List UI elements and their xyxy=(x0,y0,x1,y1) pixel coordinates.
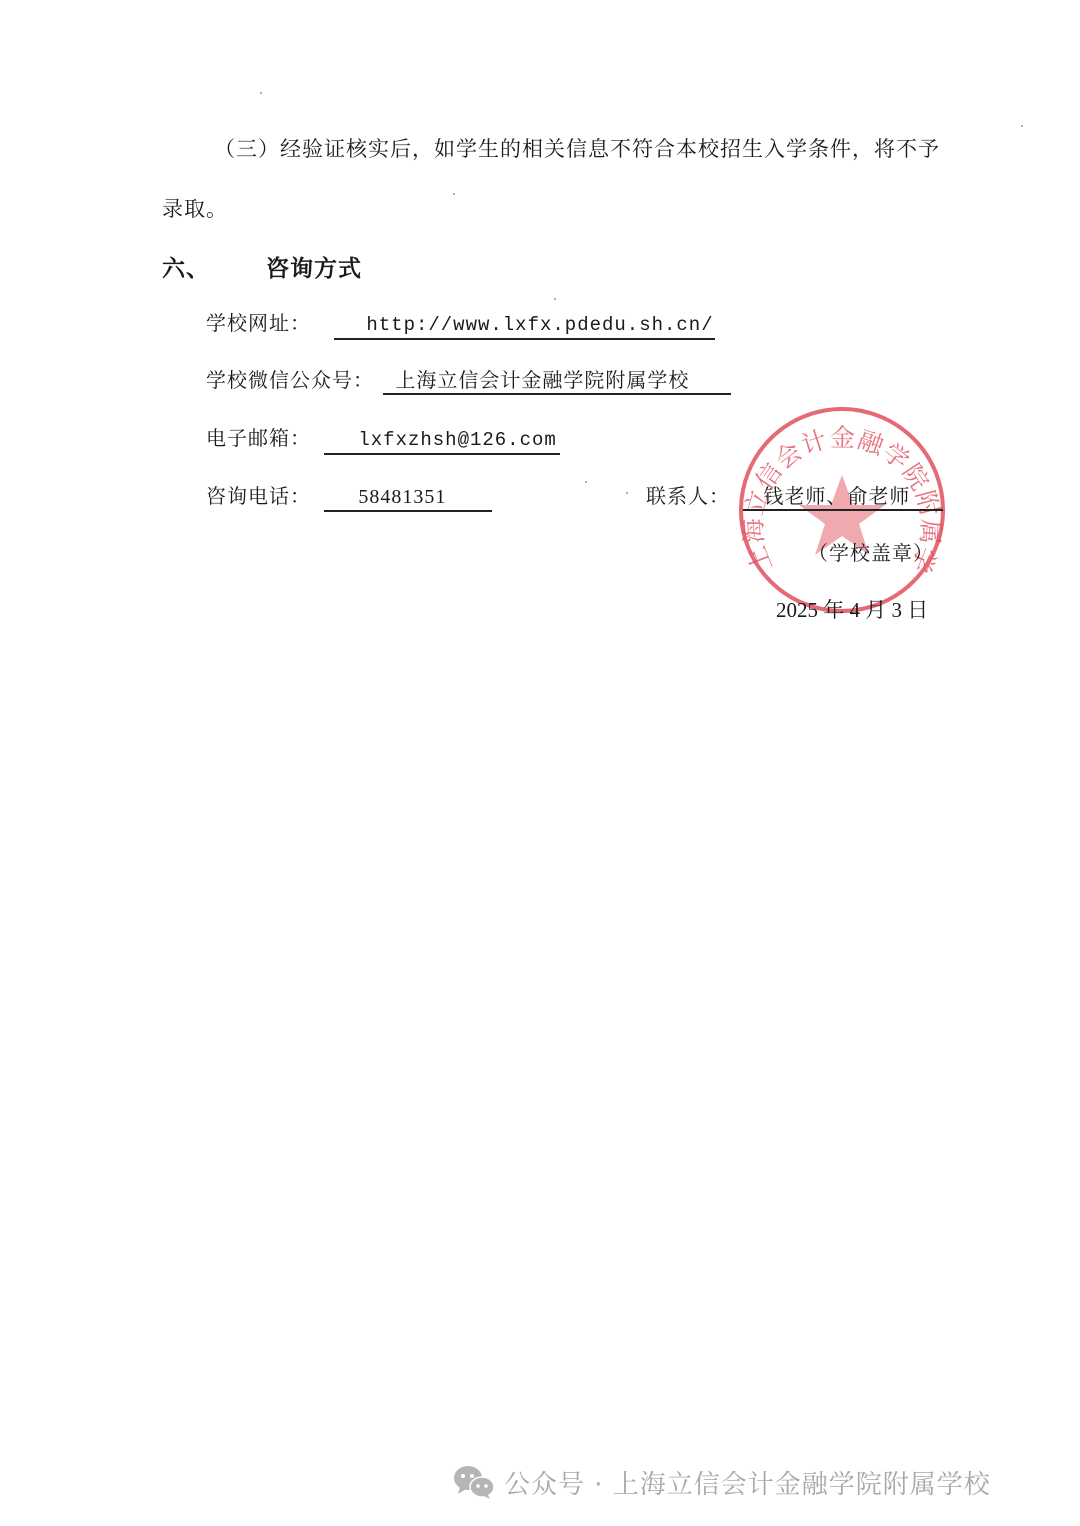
section-heading: 六、 咨询方式 xyxy=(162,250,362,283)
website-row: 学校网址： http://www.lxfx.pdedu.sh.cn/ xyxy=(206,307,715,340)
section-number: 六、 xyxy=(162,256,210,282)
contact-person-names: 钱老师、俞老师 xyxy=(743,483,943,511)
scan-speck xyxy=(1021,125,1023,127)
watermark-text: 公众号 · 上海立信会计金融学院附属学校 xyxy=(504,1464,991,1501)
clause-3-line2: 录取。 xyxy=(162,193,228,223)
section-title: 咨询方式 xyxy=(266,256,362,282)
phone-row: 咨询电话： 58481351 xyxy=(206,480,492,512)
scan-speck xyxy=(260,92,262,94)
email-label: 电子邮箱： xyxy=(206,426,311,450)
wechat-row: 学校微信公众号： 上海立信会计金融学院附属学校 xyxy=(206,364,731,395)
wechat-label: 学校微信公众号： xyxy=(206,368,374,392)
email-row: 电子邮箱： lxfxzhsh@126.com xyxy=(206,422,560,455)
scan-speck xyxy=(453,193,455,195)
phone-label: 咨询电话： xyxy=(206,484,311,508)
wechat-watermark: 公众号 · 上海立信会计金融学院附属学校 xyxy=(452,1462,991,1502)
phone-number: 58481351 xyxy=(324,484,492,512)
wechat-account-name: 上海立信会计金融学院附属学校 xyxy=(383,367,731,395)
email-link[interactable]: lxfxzhsh@126.com xyxy=(324,427,560,455)
contact-person-label: 联系人： xyxy=(646,484,730,508)
document-date: 2025 年 4 月 3 日 xyxy=(776,594,928,624)
contact-person-row: 联系人： 钱老师、俞老师 xyxy=(646,480,943,511)
clause-3-line1: （三）经验证核实后，如学生的相关信息不符合本校招生入学条件，将不予 xyxy=(214,133,940,163)
scan-speck xyxy=(585,481,587,483)
seal-note: （学校盖章） xyxy=(808,537,934,566)
scan-speck xyxy=(626,492,628,494)
website-link[interactable]: http://www.lxfx.pdedu.sh.cn/ xyxy=(334,312,715,340)
scan-speck xyxy=(554,298,556,300)
wechat-icon xyxy=(452,1464,496,1500)
website-label: 学校网址： xyxy=(206,311,311,335)
